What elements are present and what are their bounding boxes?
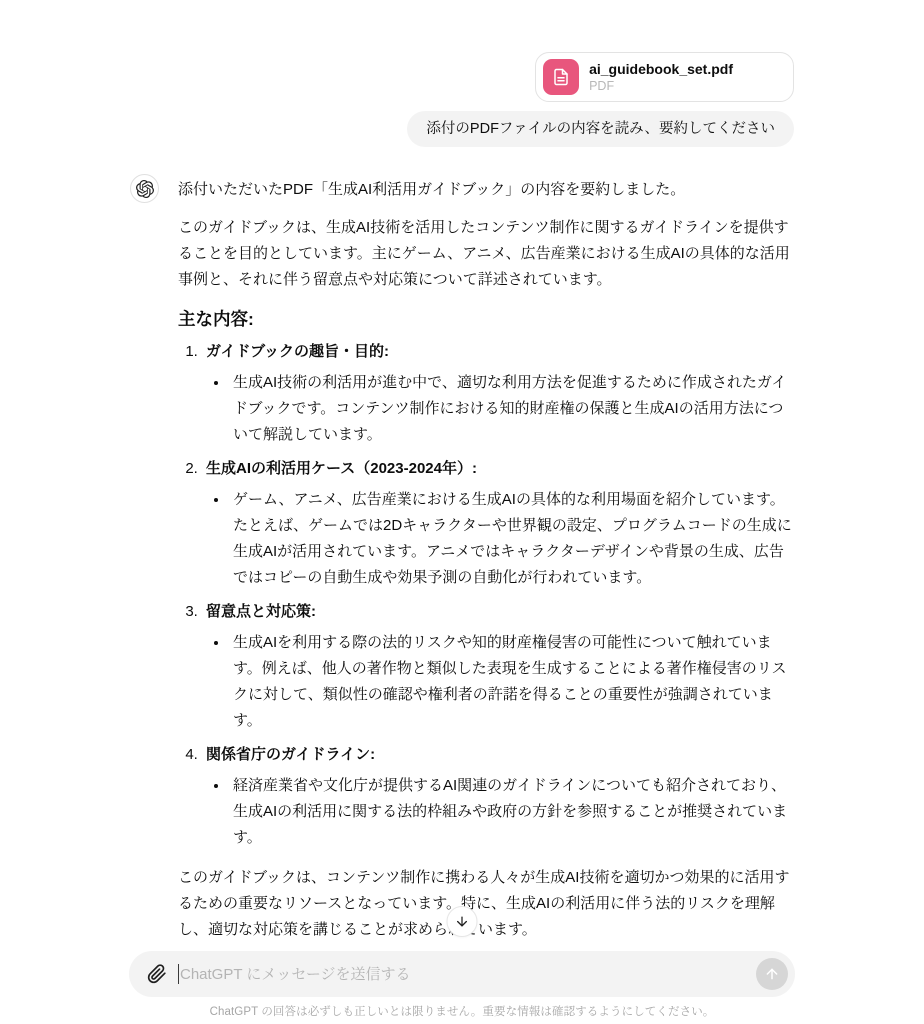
list-item-detail: 生成AI技術の利活用が進む中で、適切な利用方法を促進するために作成されたガイドブ… [229, 370, 794, 448]
pdf-file-icon [543, 59, 579, 95]
list-item: 留意点と対応策: 生成AIを利用する際の法的リスクや知的財産権侵害の可能性につい… [202, 599, 794, 734]
list-item-title: 生成AIの利活用ケース（2023-2024年）: [206, 460, 477, 477]
arrow-down-icon [455, 914, 470, 929]
chatgpt-conversation-page: ai_guidebook_set.pdf PDF 添付のPDFファイルの内容を読… [0, 0, 924, 1024]
chat-thread: ai_guidebook_set.pdf PDF 添付のPDFファイルの内容を読… [130, 0, 794, 985]
section-heading: 主な内容: [178, 307, 794, 331]
assistant-intro: 添付いただいたPDF「生成AI利活用ガイドブック」の内容を要約しました。 [178, 177, 794, 203]
text-caret [178, 964, 179, 984]
arrow-up-icon [764, 966, 780, 982]
user-message-bubble: 添付のPDFファイルの内容を読み、要約してください [407, 111, 794, 147]
chatgpt-logo-icon [130, 174, 159, 203]
list-item: 関係省庁のガイドライン: 経済産業省や文化庁が提供するAI関連のガイドラインにつ… [202, 742, 794, 851]
assistant-message: 添付いただいたPDF「生成AI利活用ガイドブック」の内容を要約しました。 このガ… [178, 177, 794, 985]
list-item-title: 留意点と対応策: [206, 603, 316, 620]
assistant-conclusion: このガイドブックは、コンテンツ制作に携わる人々が生成AI技術を適切かつ効果的に活… [178, 865, 794, 943]
message-input[interactable] [180, 966, 756, 983]
message-composer[interactable] [129, 951, 795, 997]
list-item-detail: ゲーム、アニメ、広告産業における生成AIの具体的な利用場面を紹介しています。たと… [229, 487, 794, 591]
assistant-overview: このガイドブックは、生成AI技術を活用したコンテンツ制作に関するガイドラインを提… [178, 215, 794, 293]
list-item-detail: 経済産業省や文化庁が提供するAI関連のガイドラインについても紹介されており、生成… [229, 773, 794, 851]
assistant-turn: 添付いただいたPDF「生成AI利活用ガイドブック」の内容を要約しました。 このガ… [130, 177, 794, 985]
list-item-detail: 生成AIを利用する際の法的リスクや知的財産権侵害の可能性について触れています。例… [229, 630, 794, 734]
attachment-filetype: PDF [589, 78, 733, 94]
disclaimer-text: ChatGPT の回答は必ずしも正しいとは限りません。重要な情報は確認するように… [0, 1003, 924, 1019]
attachment-card[interactable]: ai_guidebook_set.pdf PDF [535, 52, 794, 102]
scroll-to-bottom-button[interactable] [447, 906, 478, 937]
attachment-filename: ai_guidebook_set.pdf [589, 60, 733, 78]
list-item-title: 関係省庁のガイドライン: [206, 746, 375, 763]
list-item: ガイドブックの趣旨・目的: 生成AI技術の利活用が進む中で、適切な利用方法を促進… [202, 339, 794, 448]
list-item: 生成AIの利活用ケース（2023-2024年）: ゲーム、アニメ、広告産業におけ… [202, 456, 794, 591]
send-button[interactable] [756, 958, 788, 990]
attachment-meta: ai_guidebook_set.pdf PDF [589, 60, 733, 94]
paperclip-icon [147, 964, 167, 984]
attach-file-button[interactable] [144, 961, 170, 987]
summary-list: ガイドブックの趣旨・目的: 生成AI技術の利活用が進む中で、適切な利用方法を促進… [184, 339, 794, 851]
list-item-title: ガイドブックの趣旨・目的: [206, 343, 389, 360]
user-turn: ai_guidebook_set.pdf PDF 添付のPDFファイルの内容を読… [130, 52, 794, 147]
